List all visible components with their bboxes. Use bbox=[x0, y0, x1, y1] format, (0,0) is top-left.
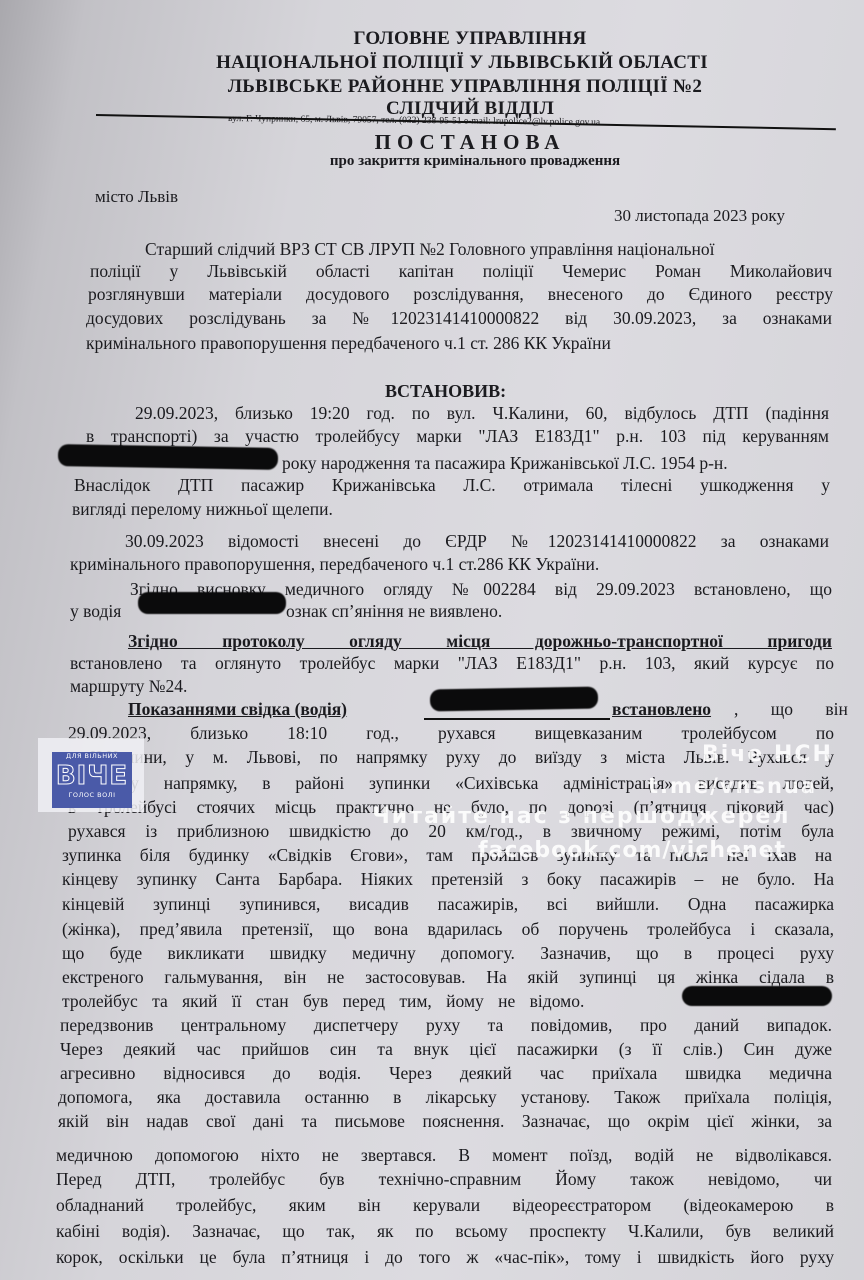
witness-heading-start: Показаннями свідка (водія) bbox=[128, 698, 347, 720]
intro-line: Старший слідчий ВРЗ СТ СВ ЛРУП №2 Головн… bbox=[145, 238, 715, 260]
document-title: ПОСТАНОВА bbox=[375, 130, 566, 155]
witness-line: (жінка), пред’явила претензії, що вона в… bbox=[62, 918, 834, 940]
para1-line: року народження та пасажира Крижанівсько… bbox=[282, 452, 728, 474]
intro-line: розглянувши матеріали досудового розслід… bbox=[88, 283, 833, 305]
watermark-slogan: Читайте нас з першоджерел bbox=[372, 804, 790, 829]
redaction bbox=[138, 592, 286, 614]
witness-line: екстреного гальмування, він не застосову… bbox=[62, 966, 834, 988]
para4-line: маршруту №24. bbox=[70, 675, 187, 697]
witness-line: допомога, яка доставила останню в лікарс… bbox=[58, 1086, 832, 1108]
witness-line: що буде викликати швидку медичну допомог… bbox=[62, 942, 834, 964]
document-photo: ГОЛОВНЕ УПРАВЛІННЯ НАЦІОНАЛЬНОЇ ПОЛІЦІЇ … bbox=[0, 0, 864, 1280]
para4-line: встановлено та оглянуто тролейбус марки … bbox=[70, 652, 834, 674]
para2-line: кримінального правопорушення, передбачен… bbox=[70, 553, 599, 575]
watermark-telegram: t.me/vnsnua bbox=[648, 774, 817, 798]
redaction bbox=[430, 687, 598, 712]
para1-line: в транспорті) за участю тролейбусу марки… bbox=[86, 425, 829, 447]
intro-line: кримінального правопорушення передбачено… bbox=[86, 332, 611, 354]
witness-heading-underline bbox=[424, 718, 610, 720]
witness-line: кабіні водія). Зазначає, що так, як по в… bbox=[56, 1220, 834, 1242]
witness-heading-end: встановлено bbox=[612, 698, 711, 720]
witness-line: кінцевій зупинці зупинився, висадив паса… bbox=[62, 893, 834, 915]
witness-line: Перед ДТП, тролейбус був технічно-справн… bbox=[56, 1168, 832, 1190]
letterhead-line-1: ГОЛОВНЕ УПРАВЛІННЯ bbox=[353, 28, 586, 50]
para1-line: Внаслідок ДТП пасажир Крижанівська Л.С. … bbox=[74, 474, 830, 496]
para2-line: 30.09.2023 відомості внесені до ЄРДР №12… bbox=[125, 530, 829, 552]
witness-line: агресивно відносився до водія. Через дея… bbox=[60, 1062, 832, 1084]
witness-line: 29.09.2023, близько 18:10 год., рухався … bbox=[68, 722, 834, 744]
para1-line: 29.09.2023, близько 19:20 год. по вул. Ч… bbox=[135, 402, 829, 424]
viche-logo: ДЛЯ ВІЛЬНИХ ВІЧЕ ГОЛОС ВОЛІ bbox=[38, 738, 144, 812]
witness-line: обладнаний тролейбус, яким він керували … bbox=[56, 1194, 834, 1216]
logo-top-text: ДЛЯ ВІЛЬНИХ bbox=[52, 752, 132, 761]
intro-line: досудових розслідувань за №1202314141000… bbox=[86, 307, 832, 329]
witness-line: корок, оскільки це була п’ятниця і до то… bbox=[56, 1246, 834, 1268]
letterhead-line-2: НАЦІОНАЛЬНОЇ ПОЛІЦІЇ У ЛЬВІВСЬКІЙ ОБЛАСТ… bbox=[216, 52, 708, 74]
para1-line: вигляді перелому нижньої щелепи. bbox=[72, 498, 333, 520]
intro-line: поліції у Львівській області капітан пол… bbox=[90, 260, 832, 282]
witness-line: Через деякий час прийшов син та внук ціє… bbox=[60, 1038, 832, 1060]
para3-line: ознак сп’яніння не виявлено. bbox=[286, 600, 502, 622]
document-subtitle: про закриття кримінального провадження bbox=[330, 153, 620, 170]
redaction bbox=[58, 444, 278, 470]
logo-main-text: ВІЧЕ bbox=[52, 761, 132, 791]
logo-bottom-text: ГОЛОС ВОЛІ bbox=[52, 791, 132, 800]
witness-line: медичною допомогою ніхто не звертався. В… bbox=[56, 1144, 832, 1166]
redaction bbox=[682, 986, 832, 1006]
witness-line: якій він надав свої дані та письмове поя… bbox=[58, 1110, 832, 1132]
established-heading: ВСТАНОВИВ: bbox=[385, 380, 506, 402]
witness-line: передзвонив центральному диспетчеру руху… bbox=[60, 1014, 832, 1036]
para3-line: у водія bbox=[70, 600, 121, 622]
witness-line: тролейбус та який її стан був перед тим,… bbox=[62, 990, 584, 1012]
document-date: 30 листопада 2023 року bbox=[614, 206, 785, 226]
letterhead-line-3: ЛЬВІВСЬКЕ РАЙОННЕ УПРАВЛІННЯ ПОЛІЦІЇ №2 bbox=[228, 76, 702, 98]
document-city: місто Львів bbox=[95, 187, 178, 207]
witness-heading-rest: , що він bbox=[734, 698, 848, 720]
watermark-brand: Віче НСН bbox=[702, 742, 833, 767]
watermark-facebook: facebook.com/vichenet bbox=[478, 838, 786, 863]
protocol-heading: Згідно протоколу огляду місця дорожньо-т… bbox=[128, 630, 832, 652]
witness-line: кінцеву зупинку Санта Барбара. Ніяких пр… bbox=[62, 868, 834, 890]
